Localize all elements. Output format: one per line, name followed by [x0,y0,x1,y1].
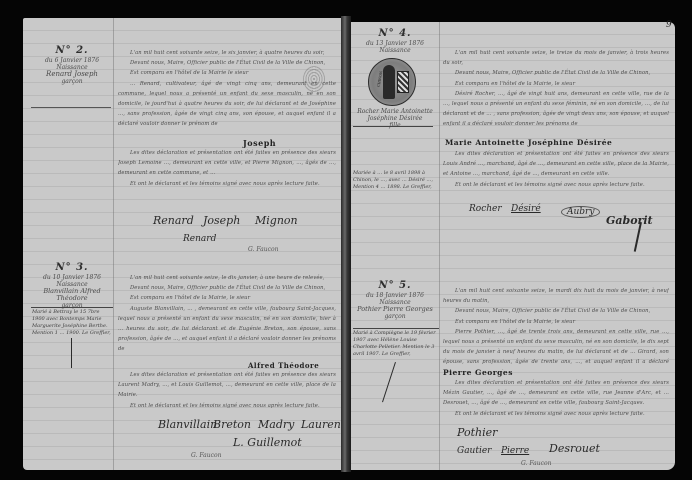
official-signature: G. Faucon [191,452,221,459]
entry-5-act-text: L'an mil huit cent soixante seize, le ma… [443,286,669,370]
entry-5-margin-header: N° 5. du 18 Janvier 1876 Naissance Pothi… [353,280,437,320]
margin-rule [439,22,440,470]
signature-mignon: Mignon [255,214,298,227]
act-paragraph: Auguste Blanvillain, … , demeurant en ce… [118,304,336,355]
entry-number: N° 2. [31,45,113,57]
act-paragraph: Et ont le déclarant et les témoins signé… [443,180,669,190]
signature-gautier: Gautier [457,446,491,456]
subject-name: Blanvillain Alfred Théodore [31,288,113,302]
subject-name: Renard Joseph [31,71,113,78]
entry-2-witness-text: Les dites déclaration et présentation on… [118,148,336,200]
entry-4-witness-text: Les dites déclaration et présentation on… [443,149,669,201]
municipal-seal-stamp: CHINON [368,58,416,106]
official-signature: G. Faucon [248,246,278,253]
signature-renard-2: Renard [183,234,216,244]
left-register-page: N° 2. du 6 Janvier 1876 Naissance Renard… [23,18,341,470]
signature-aubry: Aubry [561,206,600,218]
act-paragraph: Et ont le déclarant et les témoins signé… [118,179,336,189]
act-paragraph: L'an mil huit cent soixante seize, le di… [118,273,336,283]
signature-desrouet: Desrouet [549,442,600,455]
signature-blanvillain: Blanvillain [158,418,217,431]
given-name-joseph: Joseph [243,138,276,148]
entry-4-margin-header: N° 4. du 13 Janvier 1876 Naissance [353,28,437,54]
subject-name: Rocher Marie Antoinette Joséphine Désiré… [353,108,437,122]
signature-breton: Breton [213,418,251,431]
entry-3-witness-text: Les dites déclaration et présentation on… [118,370,336,412]
act-paragraph: Est comparu en l'hôtel de la Mairie, le … [443,79,669,89]
signature-gaborit: Gaborit [606,214,653,227]
signature-desire: Désiré [511,204,541,214]
act-paragraph: Les dites déclaration et présentation on… [443,378,669,409]
entry-5-witness-text: Les dites déclaration et présentation on… [443,378,669,424]
entry-3-act-text: L'an mil huit cent soixante seize, le di… [118,273,336,371]
margin-divider [31,307,113,308]
entry-date: du 13 Janvier 1876 [353,40,437,47]
given-name-marie-antoinette: Marie Antoinette Joséphine Désirée [445,138,612,147]
seal-coat-of-arms [397,71,409,93]
marriage-annotation: Mariée à … le 8 avril 1898 à Chinon, le … [353,170,437,191]
entry-4-act-text: L'an mil huit cent soixante seize, le tr… [443,48,669,138]
act-paragraph: L'an mil huit cent soixante seize, le si… [118,48,336,58]
signature-rocher: Rocher [469,204,502,214]
act-paragraph: Est comparu en l'hôtel de la Mairie le s… [118,68,336,78]
subject-sex: garçon [31,78,113,85]
seal-figure [383,65,395,99]
margin-divider [353,328,439,329]
entry-number: N° 5. [353,280,437,292]
act-paragraph: L'an mil huit cent soixante seize, le ma… [443,286,669,306]
entry-3-margin-header: N° 3. du 10 Janvier 1876 Naissance Blanv… [31,262,113,309]
given-name-pierre-georges: Pierre Georges [443,368,513,377]
given-name-alfred-theodore: Alfred Théodore [248,361,319,370]
official-signature: G. Faucon [521,460,551,467]
act-paragraph: Les dites déclaration et présentation on… [443,149,669,180]
act-paragraph: Les dites déclaration et présentation on… [118,148,336,179]
act-paragraph: Et ont le déclarant et les témoins signé… [118,401,336,411]
paraph-stroke [71,338,72,368]
act-paragraph: L'an mil huit cent soixante seize, le tr… [443,48,669,68]
entry-date: du 18 Janvier 1876 [353,292,437,299]
signature-laurent: Laurent [301,418,345,431]
signature-pierre: Pierre [501,446,529,456]
entry-date: du 10 Janvier 1876 [31,274,113,281]
subject-sex: garçon [353,313,437,320]
signature-renard: Renard [153,214,194,227]
act-paragraph: Devant nous, Maire, Officier public de l… [443,68,669,78]
entry-number: N° 3. [31,262,113,274]
signature-guillemot: L. Guillemot [233,436,302,449]
act-paragraph: Pierre Pothier, …, âgé de trente trois a… [443,327,669,370]
book-gutter [341,16,351,472]
margin-divider [31,107,111,108]
subject-name: Pothier Pierre Georges [353,306,437,313]
act-paragraph: Est comparu en l'hôtel de la Mairie, le … [443,317,669,327]
right-register-page: 9 N° 4. du 13 Janvier 1876 Naissance CHI… [351,22,675,470]
act-type: Naissance [353,47,437,54]
margin-divider [353,126,433,127]
marriage-annotation: Marié à Bettray le 15 7bre 1900 avec Bon… [32,309,112,337]
marriage-annotation: Marié à Compiègne le 19 février 1907 ave… [353,330,437,358]
entry-2-margin-header: N° 2. du 6 Janvier 1876 Naissance Renard… [31,45,113,85]
act-paragraph: Est comparu en l'hôtel de la Mairie, le … [118,293,336,303]
signature-madry: Madry [258,418,294,431]
act-paragraph: Désiré Rocher, …, âgé de vingt huit ans,… [443,89,669,130]
entry-number: N° 4. [353,28,437,40]
entry-date: du 6 Janvier 1876 [31,57,113,64]
act-paragraph: … Renard, cultivateur, âgé de vingt cinq… [118,79,336,130]
act-paragraph: Et ont le déclarant et les témoins signé… [443,409,669,419]
signature-pothier: Pothier [457,426,497,439]
act-paragraph: Devant nous, Maire, Officier public de l… [118,283,336,293]
folio-number: 9 [666,20,672,30]
signature-joseph: Joseph [203,214,240,227]
paraph-stroke [382,362,396,402]
act-paragraph: Les dites déclaration et présentation on… [118,370,336,401]
act-paragraph: Devant nous, Maire, Officier public de l… [118,58,336,68]
margin-rule [113,18,114,470]
act-paragraph: Devant nous, Maire, Officier public de l… [443,306,669,316]
